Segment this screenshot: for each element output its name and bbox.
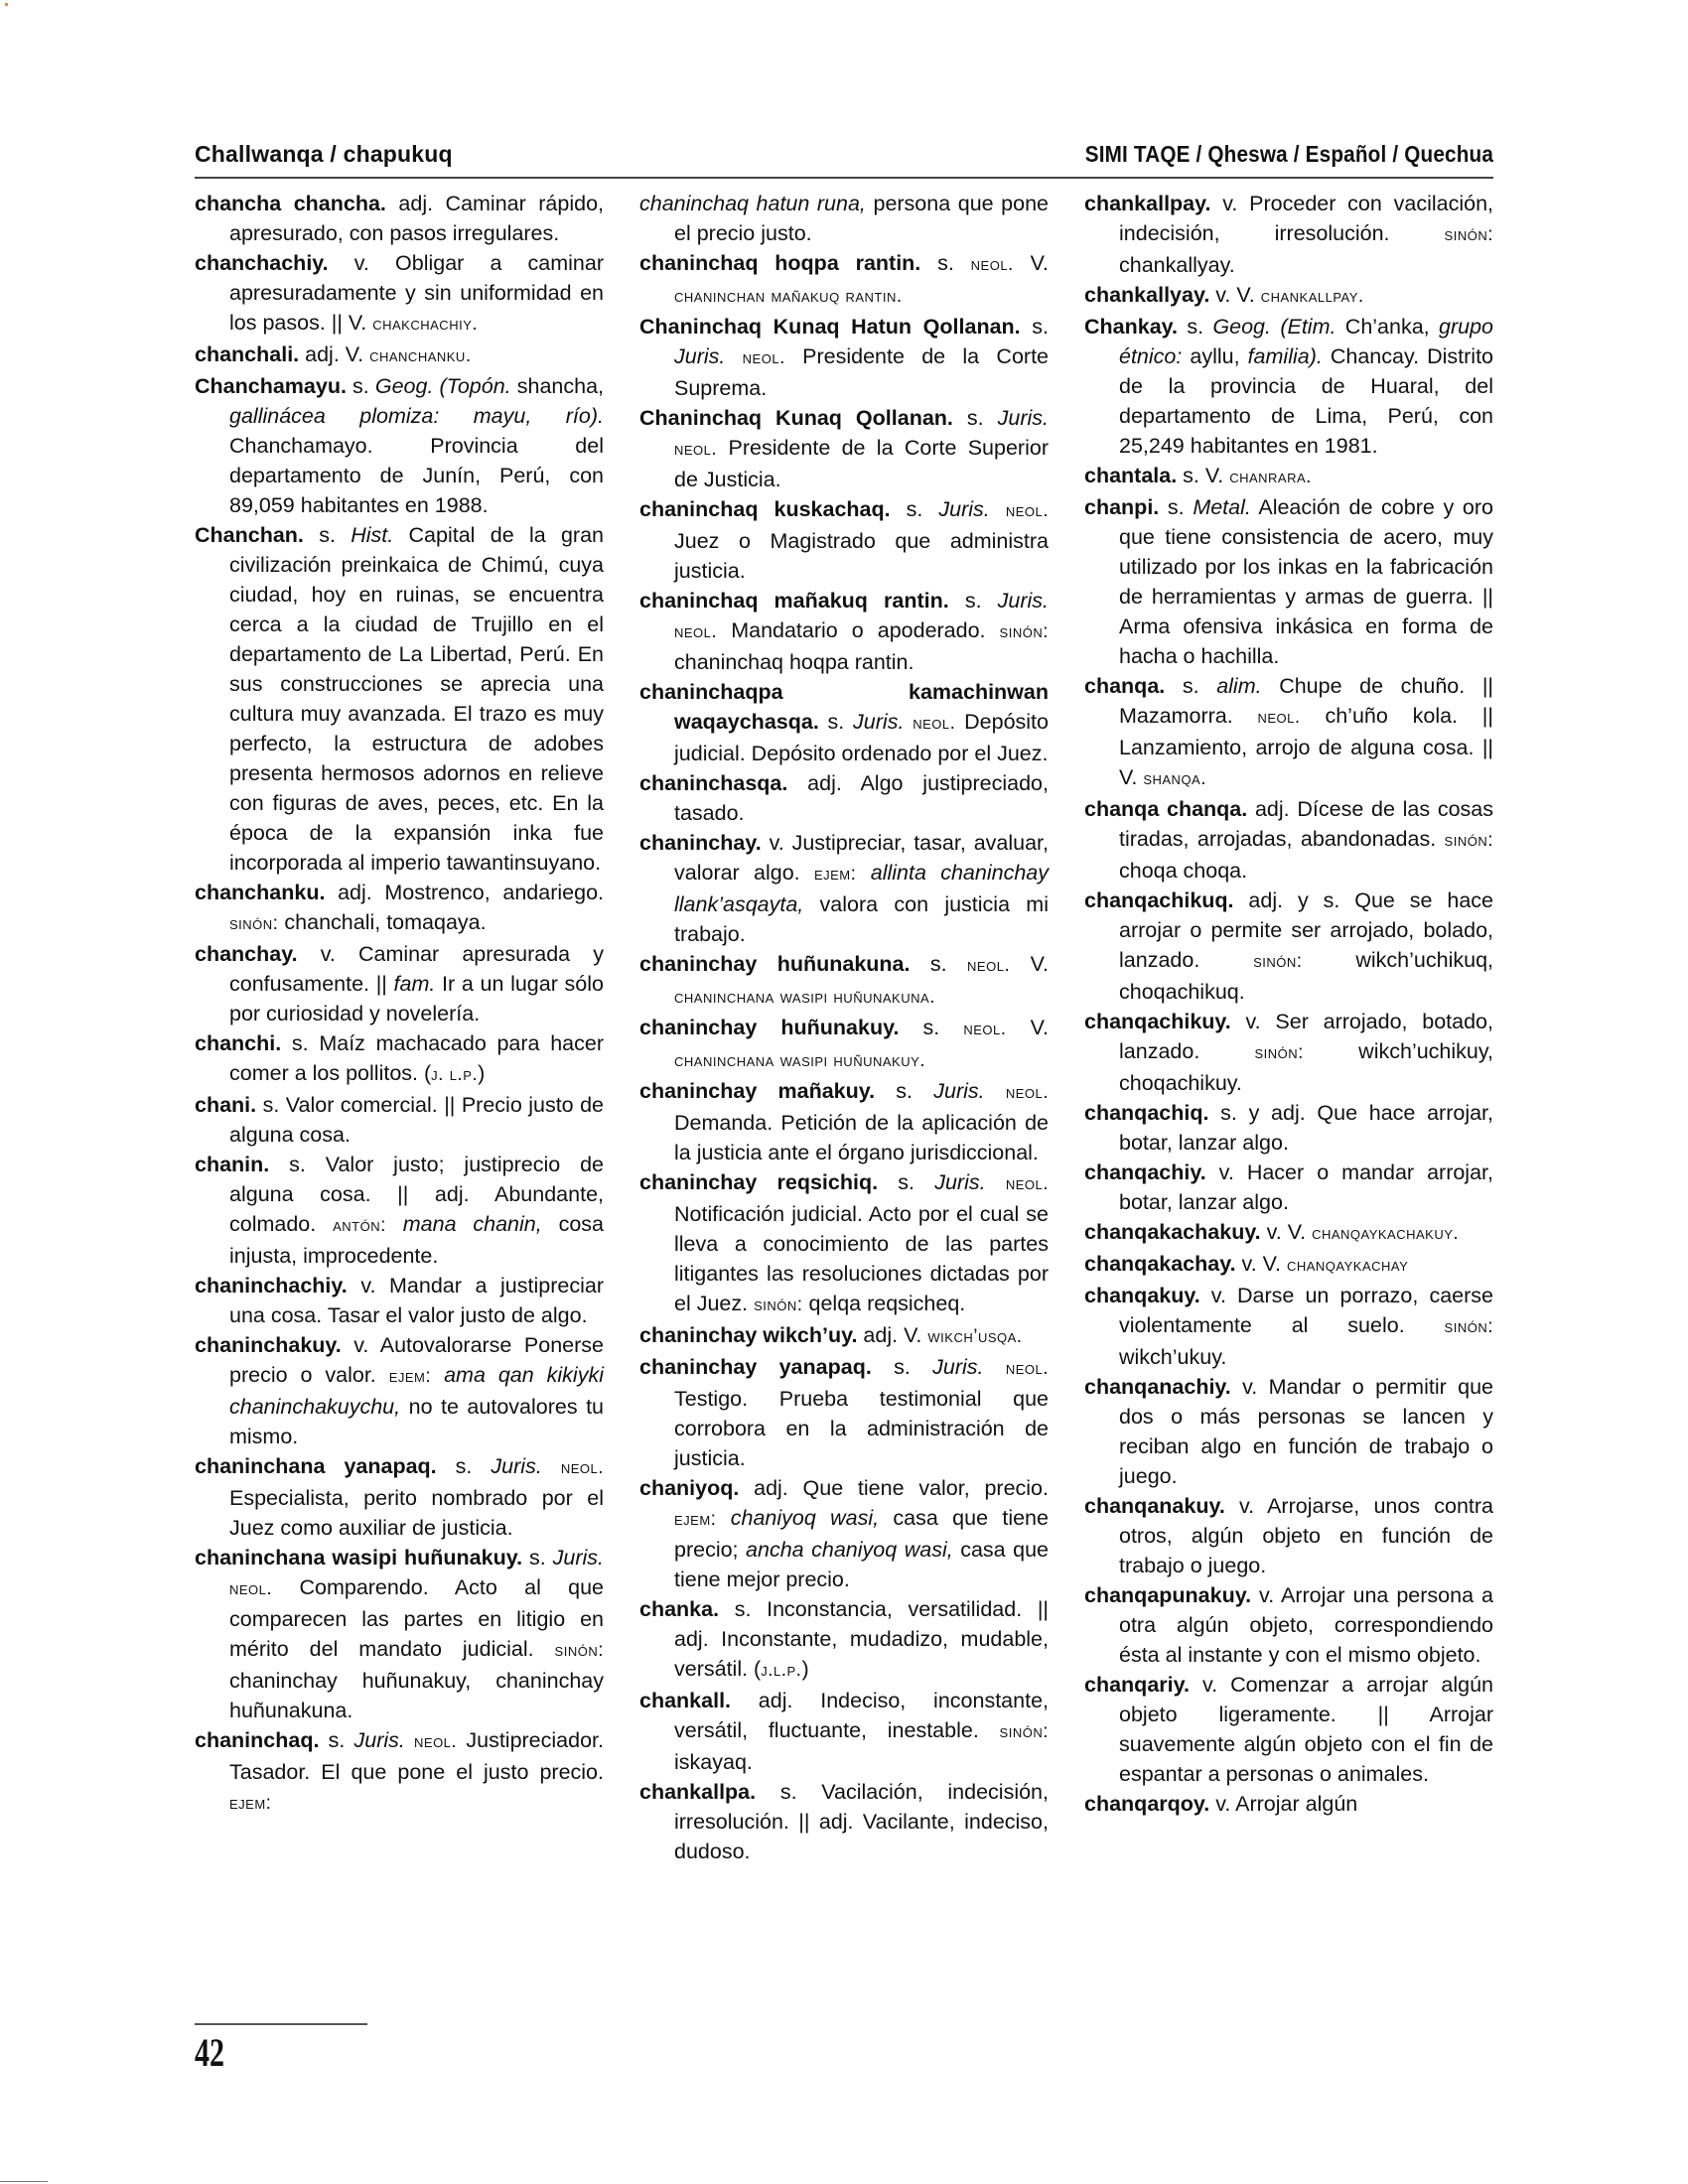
- headword: Chaninchaq Kunaq Hatun Qollanan.: [639, 315, 1021, 339]
- definition-text: s.: [319, 1728, 353, 1752]
- definition-text: s.: [1021, 315, 1049, 339]
- definition-text: s.: [891, 497, 939, 521]
- corner-mark: [5, 3, 8, 6]
- headword: chanqa.: [1084, 674, 1165, 698]
- dictionary-entry: chanqachiq. s. y adj. Que hace arrojar, …: [1084, 1098, 1493, 1158]
- small-caps-label: neol.: [971, 254, 1014, 275]
- definition-text: [431, 1363, 444, 1387]
- definition-text: Comparendo. Acto al que comparecen las p…: [229, 1575, 604, 1661]
- definition-text: s.: [304, 523, 351, 547]
- small-caps-label: sinón:: [754, 1295, 802, 1315]
- headword: chankallpay.: [1084, 192, 1210, 215]
- dictionary-entry: chanqa chanqa. adj. Dícese de las cosas …: [1084, 794, 1493, 886]
- headword: Chankay.: [1084, 315, 1178, 339]
- headword: chaninchasqa.: [639, 771, 787, 795]
- dictionary-entry: chaninchay. v. Justipreciar, tasar, aval…: [639, 828, 1049, 949]
- headword: chaninchay huñunakuy.: [639, 1016, 899, 1039]
- italic-text: Geog. (Etim.: [1212, 315, 1336, 339]
- small-caps-label: chaninchan mañakuq rantin.: [674, 286, 903, 307]
- dictionary-entry: chancha chancha. adj. Caminar rápido, ap…: [195, 189, 604, 248]
- definition-text: [984, 1355, 1006, 1379]
- dictionary-entry: Chanchamayu. s. Geog. (Topón. shancha, g…: [195, 371, 604, 520]
- small-caps-label: sinón:: [229, 913, 278, 934]
- definition-text: s.: [920, 251, 970, 275]
- dictionary-entry: chanin. s. Valor justo; justiprecio de a…: [195, 1150, 604, 1271]
- small-caps-label: neol.: [1006, 1173, 1049, 1194]
- dictionary-entry: chaninchay reqsichiq. s. Juris. neol. No…: [639, 1167, 1049, 1320]
- small-caps-label: sinón:: [1253, 951, 1302, 972]
- definition-text: s.: [819, 710, 853, 734]
- definition-text: s.: [872, 1355, 932, 1379]
- dictionary-entry: chaninchay yanapaq. s. Juris. neol. Test…: [639, 1352, 1049, 1473]
- small-caps-label: sinón:: [1445, 1316, 1493, 1337]
- headword: Chanchan.: [195, 523, 304, 547]
- small-caps-label: chanrara.: [1229, 467, 1312, 487]
- headword: chaninchachiy.: [195, 1274, 348, 1297]
- headword: chancha chancha.: [195, 192, 386, 215]
- italic-text: Juris.: [853, 710, 904, 734]
- headword: chaninchana yanapaq.: [195, 1454, 437, 1478]
- small-caps-label: ejem:: [814, 864, 856, 885]
- definition-text: s.: [875, 1079, 933, 1103]
- small-caps-label: neol.: [1006, 500, 1049, 521]
- definition-text: s.: [878, 1170, 934, 1194]
- definition-text: Mandatario o apoderado.: [717, 618, 999, 642]
- headword: chanchi.: [195, 1031, 281, 1055]
- dictionary-entry: chanqapunakuy. v. Arrojar una persona a …: [1084, 1580, 1493, 1670]
- headword: chanqakachakuy.: [1084, 1220, 1261, 1244]
- small-caps-label: sinón:: [1000, 621, 1049, 642]
- dictionary-entry: chanpi. s. Metal. Aleación de cobre y or…: [1084, 492, 1493, 671]
- small-caps-label: neol.: [414, 1731, 457, 1752]
- definition-text: choqa choqa.: [1119, 859, 1247, 883]
- dictionary-entry: chanchay. v. Caminar apresurada y confus…: [195, 939, 604, 1028]
- definition-text: s.: [347, 374, 375, 398]
- small-caps-label: neol.: [963, 1019, 1006, 1039]
- small-caps-label: sinón:: [555, 1640, 604, 1661]
- running-head: Challwanqa / chapukuq SIMI TAQE / Qheswa…: [195, 139, 1493, 179]
- italic-text: Juris.: [491, 1454, 541, 1478]
- headword: chanqariy.: [1084, 1673, 1190, 1697]
- definition-text: iskayaq.: [674, 1750, 753, 1774]
- definition-text: [386, 1212, 403, 1236]
- headword: chankall.: [639, 1689, 731, 1712]
- dictionary-entry: chaninchaq hatun runa, persona que pone …: [639, 189, 1049, 248]
- definition-text: wikch’ukuy.: [1119, 1345, 1226, 1369]
- definition-text: s. Inconstancia, versatilidad. || adj. I…: [674, 1597, 1049, 1681]
- italic-text: familia).: [1248, 344, 1323, 368]
- headword: chankallyay.: [1084, 283, 1209, 307]
- headword: Chanchamayu.: [195, 374, 347, 398]
- small-caps-label: chakchachiy.: [372, 314, 478, 335]
- small-caps-label: sinón:: [1000, 1721, 1049, 1742]
- definition-text: v. V.: [1209, 283, 1260, 307]
- dictionary-entry: Chankay. s. Geog. (Etim. Ch’anka, grupo …: [1084, 312, 1493, 461]
- definition-text: Chanchamayo. Provincia del departamento …: [229, 434, 604, 517]
- headword: chaninchaq.: [195, 1728, 319, 1752]
- headword: chanqarqoy.: [1084, 1792, 1209, 1816]
- headword: chaninchay huñunakuna.: [639, 952, 910, 976]
- footer-rule: [195, 2023, 367, 2025]
- headword: chanqachiq.: [1084, 1101, 1208, 1125]
- dictionary-entry: chankallpa. s. Vacilación, indecisión, i…: [639, 1777, 1049, 1866]
- dictionary-entry: chaninchana yanapaq. s. Juris. neol. Esp…: [195, 1451, 604, 1543]
- dictionary-entry: chantala. s. V. chanrara.: [1084, 461, 1493, 492]
- dictionary-entry: chaninchaq. s. Juris. neol. Justipreciad…: [195, 1725, 604, 1819]
- italic-text: gallinácea plomiza: mayu, río).: [229, 404, 604, 428]
- definition-text: chaninchaq hoqpa rantin.: [674, 650, 914, 674]
- definition-text: s.: [953, 406, 998, 430]
- small-caps-label: sinón:: [1255, 1042, 1304, 1063]
- definition-text: ayllu,: [1182, 344, 1247, 368]
- dictionary-entry: Chaninchaq Kunaq Hatun Qollanan. s. Juri…: [639, 312, 1049, 403]
- headword: chanchali.: [195, 342, 299, 366]
- dictionary-entry: chaninchay huñunakuy. s. neol. V. chanin…: [639, 1013, 1049, 1076]
- italic-text: alim.: [1216, 674, 1261, 698]
- small-caps-label: neol.: [561, 1457, 604, 1478]
- definition-text: s.: [1165, 674, 1216, 698]
- headword: chanqakachay.: [1084, 1252, 1236, 1276]
- definition-text: Demanda. Petición de la aplicación de la…: [674, 1111, 1049, 1164]
- dictionary-entry: chankallyay. v. V. chankallpay.: [1084, 280, 1493, 312]
- definition-text: [986, 1170, 1006, 1194]
- column-1: chancha chancha. adj. Caminar rápido, ap…: [195, 189, 604, 1985]
- definition-text: Ch’anka,: [1336, 315, 1439, 339]
- definition-text: [716, 1506, 730, 1530]
- small-caps-label: chaninchana wasipi huñunakuy.: [674, 1050, 925, 1071]
- crop-mark: [0, 2181, 48, 2182]
- definition-text: v. V.: [1261, 1220, 1312, 1244]
- italic-text: chaniyoq wasi,: [731, 1506, 879, 1530]
- definition-text: Capital de la gran civilización preinkai…: [229, 523, 604, 875]
- dictionary-entry: chani. s. Valor comercial. || Precio jus…: [195, 1090, 604, 1150]
- italic-text: fam.: [394, 972, 436, 996]
- italic-text: Juris.: [674, 344, 725, 368]
- headword: Chaninchaq Kunaq Qollanan.: [639, 406, 953, 430]
- headword: chanin.: [195, 1153, 269, 1176]
- small-caps-label: chanqaykachay: [1287, 1255, 1408, 1276]
- italic-text: Metal.: [1193, 495, 1251, 519]
- headword: chaniyoq.: [639, 1476, 739, 1500]
- small-caps-label: shanqa.: [1143, 768, 1206, 789]
- definition-text: s. Valor comercial. || Precio justo de a…: [229, 1093, 604, 1147]
- small-caps-label: chankallpay.: [1261, 286, 1364, 307]
- headword: chanqachiy.: [1084, 1160, 1206, 1184]
- dictionary-entry: chankall. adj. Indeciso, inconstante, ve…: [639, 1686, 1049, 1777]
- small-caps-label: ejem:: [229, 1793, 271, 1814]
- headword: chaninchakuy.: [195, 1333, 342, 1357]
- headword: chanqanachiy.: [1084, 1375, 1231, 1399]
- dictionary-entry: chanqanachiy. v. Mandar o permitir que d…: [1084, 1372, 1493, 1491]
- definition-text: Juez o Magistrado que administra justici…: [674, 529, 1049, 583]
- headword: chanpi.: [1084, 495, 1159, 519]
- dictionary-entry: chaninchakuy. v. Autovalorarse Ponerse p…: [195, 1330, 604, 1451]
- headword: chantala.: [1084, 464, 1177, 487]
- small-caps-label: sinón:: [1445, 224, 1493, 245]
- definition-text: adj. V.: [299, 342, 369, 366]
- definition-text: s.: [899, 1016, 963, 1039]
- definition-text: V.: [1014, 251, 1049, 275]
- dictionary-entry: chanqa. s. alim. Chupe de chuño. || Maza…: [1084, 671, 1493, 794]
- headword: chanqakuy.: [1084, 1284, 1200, 1307]
- headword: chanchanku.: [195, 881, 325, 904]
- definition-text: s.: [1159, 495, 1193, 519]
- headword: chanqanakuy.: [1084, 1494, 1225, 1518]
- italic-text: Juris.: [353, 1728, 404, 1752]
- definition-text: [904, 710, 913, 734]
- italic-text: Juris.: [933, 1079, 984, 1103]
- headword: chaninchaq mañakuq rantin.: [639, 589, 949, 613]
- headword: chanqa chanqa.: [1084, 797, 1247, 821]
- definition-text: chankallyay.: [1119, 253, 1235, 277]
- small-caps-label: j. l.p.: [431, 1064, 478, 1085]
- headword: chankallpa.: [639, 1780, 756, 1804]
- small-caps-label: wikch’usqa.: [927, 1326, 1022, 1347]
- running-head-left: Challwanqa / chapukuq: [195, 141, 453, 168]
- definition-text: s. V.: [1177, 464, 1229, 487]
- small-caps-label: antón:: [333, 1215, 386, 1236]
- dictionary-entry: chaninchasqa. adj. Algo justipreciado, t…: [639, 768, 1049, 828]
- small-caps-label: chaninchana wasipi huñunakuna.: [674, 987, 935, 1008]
- small-caps-label: neol.: [967, 955, 1010, 976]
- small-caps-label: neol.: [743, 347, 785, 368]
- dictionary-entry: chanka. s. Inconstancia, versatilidad. |…: [639, 1594, 1049, 1686]
- dictionary-entry: chanqakachakuy. v. V. chanqaykachakuy.: [1084, 1217, 1493, 1249]
- dictionary-entry: chaninchaq kuskachaq. s. Juris. neol. Ju…: [639, 494, 1049, 586]
- dictionary-entry: Chanchan. s. Hist. Capital de la gran ci…: [195, 520, 604, 878]
- dictionary-entry: chanqariy. v. Comenzar a arrojar algún o…: [1084, 1670, 1493, 1789]
- definition-text: Presidente de la Corte Superior de Justi…: [674, 436, 1049, 491]
- dictionary-entry: chanchi. s. Maíz machacado para hacer co…: [195, 1028, 604, 1090]
- definition-text: v. V.: [1236, 1252, 1287, 1276]
- dictionary-entry: chaninchaq hoqpa rantin. s. neol. V. cha…: [639, 248, 1049, 312]
- headword: chaninchaq kuskachaq.: [639, 497, 891, 521]
- definition-text: [725, 344, 742, 368]
- italic-text: ancha chaniyoq wasi,: [746, 1538, 953, 1562]
- headword: chaninchay wikch’uy.: [639, 1323, 857, 1347]
- definition-text: Especialista, perito nombrado por el Jue…: [229, 1486, 604, 1540]
- headword: chaninchay mañakuy.: [639, 1079, 875, 1103]
- headword: chaninchana wasipi huñunakuy.: [195, 1546, 522, 1570]
- small-caps-label: neol.: [674, 439, 717, 460]
- italic-text: mana chanin,: [403, 1212, 542, 1236]
- small-caps-label: j.l.p.: [761, 1660, 801, 1681]
- definition-text: chanchali, tomaqaya.: [278, 910, 486, 934]
- definition-text: [985, 1079, 1006, 1103]
- definition-text: adj. Que tiene valor, precio.: [739, 1476, 1049, 1500]
- dictionary-entry: chaniyoq. adj. Que tiene valor, precio. …: [639, 1473, 1049, 1594]
- column-2: chaninchaq hatun runa, persona que pone …: [639, 189, 1049, 1985]
- page-number: 42: [195, 2029, 224, 2076]
- definition-text: [990, 497, 1006, 521]
- italic-text: Juris.: [932, 1355, 983, 1379]
- column-3: chankallpay. v. Proceder con vacilación,…: [1084, 189, 1493, 1985]
- small-caps-label: neol.: [1257, 707, 1300, 728]
- headword: chanqapunakuy.: [1084, 1583, 1251, 1607]
- headword: chaninchay reqsichiq.: [639, 1170, 878, 1194]
- dictionary-entry: chanchachiy. v. Obligar a caminar apresu…: [195, 248, 604, 340]
- definition-text: Testigo. Prueba testimonial que corrobor…: [674, 1387, 1049, 1470]
- dictionary-entry: chanchanku. adj. Mostrenco, andariego. s…: [195, 878, 604, 939]
- dictionary-columns: chancha chancha. adj. Caminar rápido, ap…: [195, 189, 1493, 1985]
- small-caps-label: chanqaykachakuy.: [1312, 1223, 1459, 1244]
- definition-text: ): [801, 1657, 808, 1681]
- italic-text: Juris.: [934, 1170, 985, 1194]
- headword: chaninchay.: [639, 831, 762, 855]
- italic-text: chaninchaq hatun runa,: [639, 192, 866, 215]
- definition-text: [405, 1728, 414, 1752]
- italic-text: Juris.: [938, 497, 989, 521]
- headword: chaninchaq hoqpa rantin.: [639, 251, 920, 275]
- headword: chanchachiy.: [195, 251, 329, 275]
- dictionary-entry: Chaninchaq Kunaq Qollanan. s. Juris. neo…: [639, 403, 1049, 494]
- definition-text: v. Arrojar algún: [1209, 1792, 1357, 1816]
- small-caps-label: ejem:: [389, 1366, 431, 1387]
- small-caps-label: neol.: [674, 621, 717, 642]
- headword: chanka.: [639, 1597, 719, 1621]
- small-caps-label: sinón:: [1445, 830, 1493, 851]
- definition-text: s.: [1178, 315, 1212, 339]
- dictionary-entry: chankallpay. v. Proceder con vacilación,…: [1084, 189, 1493, 280]
- definition-text: s.: [437, 1454, 492, 1478]
- definition-text: [856, 861, 870, 885]
- italic-text: Juris.: [553, 1546, 604, 1570]
- dictionary-entry: chaninchachiy. v. Mandar a justipreciar …: [195, 1271, 604, 1330]
- headword: chanqachikuy.: [1084, 1010, 1231, 1033]
- definition-text: shancha,: [511, 374, 604, 398]
- dictionary-entry: chanqachiy. v. Hacer o mandar arrojar, b…: [1084, 1158, 1493, 1217]
- small-caps-label: neol.: [229, 1578, 272, 1599]
- dictionary-entry: chaninchay mañakuy. s. Juris. neol. Dema…: [639, 1076, 1049, 1167]
- headword: chani.: [195, 1093, 256, 1117]
- definition-text: s.: [522, 1546, 553, 1570]
- definition-text: V.: [1007, 1016, 1049, 1039]
- definition-text: adj. V.: [857, 1323, 927, 1347]
- dictionary-entry: chanqarqoy. v. Arrojar algún: [1084, 1789, 1493, 1819]
- dictionary-entry: chanqachikuq. adj. y s. Que se hace arro…: [1084, 886, 1493, 1007]
- small-caps-label: neol.: [1006, 1358, 1049, 1379]
- definition-text: adj. Indeciso, inconstante, versátil, fl…: [674, 1689, 1049, 1742]
- dictionary-entry: chaninchaqpa kamachinwan waqaychasqa. s.…: [639, 677, 1049, 768]
- definition-text: qelqa reqsicheq.: [803, 1292, 966, 1315]
- running-head-right: SIMI TAQE / Qheswa / Español / Quechua: [1085, 141, 1493, 168]
- headword: chanchay.: [195, 942, 298, 966]
- definition-text: s.: [949, 589, 998, 613]
- small-caps-label: ejem:: [674, 1509, 716, 1530]
- dictionary-entry: chanqakachay. v. V. chanqaykachay: [1084, 1249, 1493, 1281]
- definition-text: chaninchay huñunakuy, chaninchay huñunak…: [229, 1669, 604, 1722]
- definition-text: s. Maíz machacado para hacer comer a los…: [229, 1031, 604, 1085]
- dictionary-entry: chaninchay wikch’uy. adj. V. wikch’usqa.: [639, 1320, 1049, 1352]
- definition-text: s.: [910, 952, 967, 976]
- dictionary-entry: chaninchaq mañakuq rantin. s. Juris. neo…: [639, 586, 1049, 677]
- definition-text: V.: [1010, 952, 1049, 976]
- headword: chanqachikuq.: [1084, 888, 1234, 912]
- definition-text: [542, 1454, 561, 1478]
- dictionary-entry: chanqanakuy. v. Arrojarse, unos contra o…: [1084, 1491, 1493, 1580]
- definition-text: Aleación de cobre y oro que tiene consis…: [1119, 495, 1493, 668]
- italic-text: Juris.: [998, 406, 1049, 430]
- small-caps-label: chanchanku.: [369, 345, 472, 366]
- headword: chaninchay yanapaq.: [639, 1355, 872, 1379]
- definition-text: ): [478, 1061, 485, 1085]
- dictionary-entry: chanchali. adj. V. chanchanku.: [195, 340, 604, 371]
- dictionary-entry: chanqachikuy. v. Ser arrojado, botado, l…: [1084, 1007, 1493, 1098]
- italic-text: Hist.: [351, 523, 393, 547]
- small-caps-label: neol.: [1006, 1082, 1049, 1103]
- dictionary-entry: chaninchay huñunakuna. s. neol. V. chani…: [639, 949, 1049, 1013]
- definition-text: adj. Mostrenco, andariego.: [325, 881, 604, 904]
- dictionary-entry: chanqakuy. v. Darse un porrazo, caerse v…: [1084, 1281, 1493, 1372]
- dictionary-entry: chaninchana wasipi huñunakuy. s. Juris. …: [195, 1543, 604, 1725]
- italic-text: Geog. (Topón.: [375, 374, 511, 398]
- italic-text: Juris.: [998, 589, 1049, 613]
- small-caps-label: neol.: [913, 713, 955, 734]
